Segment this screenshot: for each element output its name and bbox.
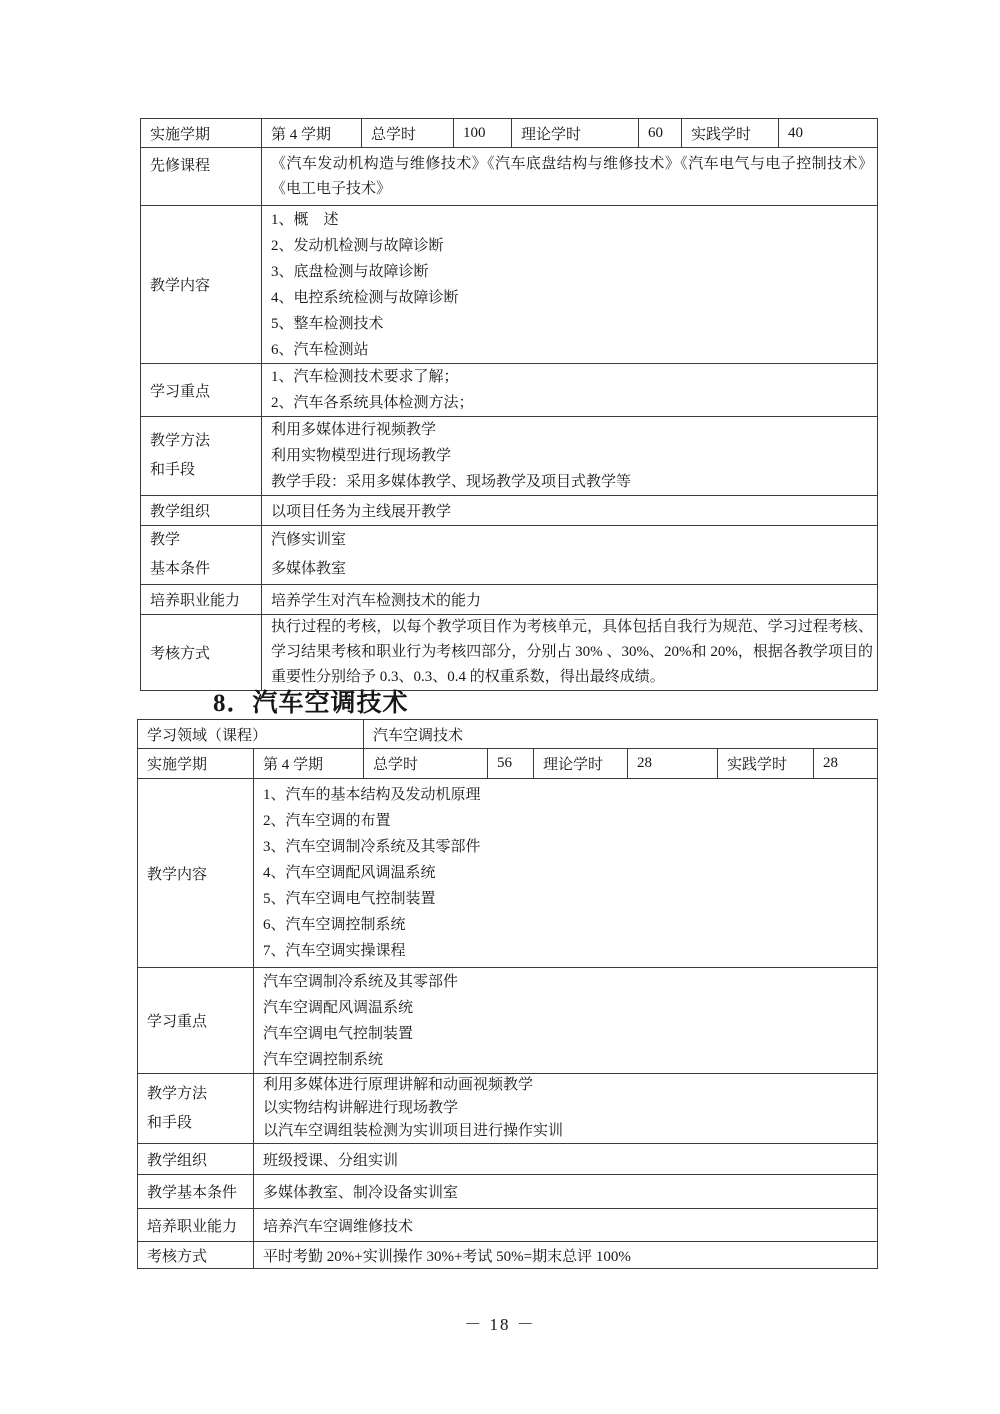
page-number: － 18 － <box>0 1310 1000 1335</box>
table-row-teaching-content: 教学内容 1、概 述 2、发动机检测与故障诊断 3、底盘检测与故障诊断 4、电控… <box>141 206 878 364</box>
teaching-methods-label-line: 教学方法 <box>150 427 257 456</box>
learning-focus-label-cell: 学习重点 <box>138 968 254 1074</box>
table-row-learning-domain: 学习领域（课程） 汽车空调技术 <box>138 720 878 749</box>
table-row-basic-conditions: 教学 基本条件 汽修实训室 多媒体教室 <box>141 526 878 585</box>
semester-value-cell: 第 4 学期 <box>262 119 362 148</box>
teaching-methods-item: 利用多媒体进行视频教学 <box>271 417 873 443</box>
teaching-methods-item: 利用多媒体进行原理讲解和动画视频教学 <box>263 1074 873 1097</box>
table-row-prerequisites: 先修课程 《汽车发动机构造与维修技术》《汽车底盘结构与维修技术》《汽车电气与电子… <box>141 148 878 206</box>
table-row-teaching-organization: 教学组织 班级授课、分组实训 <box>138 1144 878 1175</box>
teaching-content-item: 2、发动机检测与故障诊断 <box>271 233 873 259</box>
teaching-methods-cell: 利用多媒体进行视频教学 利用实物模型进行现场教学 教学手段：采用多媒体教学、现场… <box>262 417 878 496</box>
assessment-label-cell: 考核方式 <box>141 615 262 691</box>
learning-focus-item: 2、汽车各系统具体检测方法； <box>271 390 873 416</box>
assessment-label-cell: 考核方式 <box>138 1242 254 1269</box>
theory-hours-value-cell: 28 <box>628 749 718 779</box>
practice-hours-value-cell: 40 <box>779 119 878 148</box>
learning-focus-label-cell: 学习重点 <box>141 364 262 417</box>
teaching-content-item: 6、汽车检测站 <box>271 337 873 363</box>
theory-hours-label-cell: 理论学时 <box>512 119 639 148</box>
basic-conditions-label-cell: 教学基本条件 <box>138 1175 254 1209</box>
table-row-assessment: 考核方式 执行过程的考核，以每个教学项目作为考核单元，具体包括自我行为规范、学习… <box>141 615 878 691</box>
practice-hours-value-cell: 28 <box>814 749 878 779</box>
learning-focus-item: 汽车空调制冷系统及其零部件 <box>263 969 873 995</box>
section-heading: 8．汽车空调技术 <box>213 683 409 719</box>
prerequisites-content-cell: 《汽车发动机构造与维修技术》《汽车底盘结构与维修技术》《汽车电气与电子控制技术》… <box>262 148 878 206</box>
teaching-content-item: 3、底盘检测与故障诊断 <box>271 259 873 285</box>
teaching-methods-label-line: 和手段 <box>147 1109 249 1138</box>
teaching-content-item: 1、概 述 <box>271 207 873 233</box>
teaching-content-cell: 1、概 述 2、发动机检测与故障诊断 3、底盘检测与故障诊断 4、电控系统检测与… <box>262 206 878 364</box>
teaching-content-item: 1、汽车的基本结构及发动机原理 <box>263 782 873 808</box>
teaching-methods-item: 以实物结构讲解进行现场教学 <box>263 1097 873 1120</box>
course8-table: 学习领域（课程） 汽车空调技术 实施学期 第 4 学期 总学时 56 理论学时 … <box>137 719 878 1269</box>
teaching-content-item: 4、汽车空调配风调温系统 <box>263 860 873 886</box>
total-hours-label-cell: 总学时 <box>364 749 488 779</box>
teaching-content-item: 6、汽车空调控制系统 <box>263 912 873 938</box>
learning-domain-label-cell: 学习领域（课程） <box>138 720 364 749</box>
teaching-organization-cell: 班级授课、分组实训 <box>254 1144 878 1175</box>
vocational-ability-label-cell: 培养职业能力 <box>138 1209 254 1242</box>
learning-focus-item: 汽车空调配风调温系统 <box>263 995 873 1021</box>
teaching-methods-item: 教学手段：采用多媒体教学、现场教学及项目式教学等 <box>271 469 873 495</box>
teaching-content-item: 5、汽车空调电气控制装置 <box>263 886 873 912</box>
teaching-organization-label-cell: 教学组织 <box>138 1144 254 1175</box>
teaching-organization-cell: 以项目任务为主线展开教学 <box>262 496 878 526</box>
vocational-ability-label-cell: 培养职业能力 <box>141 585 262 615</box>
basic-conditions-label-line: 教学 <box>150 526 257 555</box>
table-row-learning-focus: 学习重点 汽车空调制冷系统及其零部件 汽车空调配风调温系统 汽车空调电气控制装置… <box>138 968 878 1074</box>
total-hours-value-cell: 100 <box>454 119 512 148</box>
teaching-content-item: 3、汽车空调制冷系统及其零部件 <box>263 834 873 860</box>
assessment-cell: 平时考勤 20%+实训操作 30%+考试 50%=期末总评 100% <box>254 1242 878 1269</box>
teaching-methods-item: 以汽车空调组装检测为实训项目进行操作实训 <box>263 1120 873 1143</box>
learning-focus-item: 1、汽车检测技术要求了解； <box>271 364 873 390</box>
basic-conditions-cell: 多媒体教室、制冷设备实训室 <box>254 1175 878 1209</box>
course7-table: 实施学期 第 4 学期 总学时 100 理论学时 60 实践学时 40 先修课程… <box>140 118 878 691</box>
assessment-text: 执行过程的考核，以每个教学项目作为考核单元，具体包括自我行为规范、学习过程考核、… <box>271 615 873 690</box>
basic-conditions-item: 多媒体教室 <box>271 555 873 584</box>
teaching-methods-label-line: 和手段 <box>150 456 257 485</box>
table-row-teaching-content: 教学内容 1、汽车的基本结构及发动机原理 2、汽车空调的布置 3、汽车空调制冷系… <box>138 779 878 968</box>
teaching-methods-item: 利用实物模型进行现场教学 <box>271 443 873 469</box>
table-row-semester: 实施学期 第 4 学期 总学时 100 理论学时 60 实践学时 40 <box>141 119 878 148</box>
table-row-semester: 实施学期 第 4 学期 总学时 56 理论学时 28 实践学时 28 <box>138 749 878 779</box>
vocational-ability-cell: 培养汽车空调维修技术 <box>254 1209 878 1242</box>
table-row-vocational-ability: 培养职业能力 培养学生对汽车检测技术的能力 <box>141 585 878 615</box>
teaching-methods-label-cell: 教学方法 和手段 <box>141 417 262 496</box>
basic-conditions-item: 汽修实训室 <box>271 526 873 555</box>
semester-label-cell: 实施学期 <box>141 119 262 148</box>
basic-conditions-label-cell: 教学 基本条件 <box>141 526 262 585</box>
table-row-teaching-methods: 教学方法 和手段 利用多媒体进行视频教学 利用实物模型进行现场教学 教学手段：采… <box>141 417 878 496</box>
teaching-methods-label-line: 教学方法 <box>147 1080 249 1109</box>
table-row-vocational-ability: 培养职业能力 培养汽车空调维修技术 <box>138 1209 878 1242</box>
learning-focus-item: 汽车空调电气控制装置 <box>263 1021 873 1047</box>
document-page: 实施学期 第 4 学期 总学时 100 理论学时 60 实践学时 40 先修课程… <box>0 0 1000 1414</box>
table-row-teaching-organization: 教学组织 以项目任务为主线展开教学 <box>141 496 878 526</box>
table-row-learning-focus: 学习重点 1、汽车检测技术要求了解； 2、汽车各系统具体检测方法； <box>141 364 878 417</box>
basic-conditions-cell: 汽修实训室 多媒体教室 <box>262 526 878 585</box>
vocational-ability-cell: 培养学生对汽车检测技术的能力 <box>262 585 878 615</box>
teaching-content-item: 5、整车检测技术 <box>271 311 873 337</box>
table-row-teaching-methods: 教学方法 和手段 利用多媒体进行原理讲解和动画视频教学 以实物结构讲解进行现场教… <box>138 1074 878 1144</box>
teaching-content-label-cell: 教学内容 <box>141 206 262 364</box>
learning-domain-value-cell: 汽车空调技术 <box>364 720 878 749</box>
learning-focus-cell: 1、汽车检测技术要求了解； 2、汽车各系统具体检测方法； <box>262 364 878 417</box>
theory-hours-label-cell: 理论学时 <box>534 749 628 779</box>
table-row-basic-conditions: 教学基本条件 多媒体教室、制冷设备实训室 <box>138 1175 878 1209</box>
learning-focus-cell: 汽车空调制冷系统及其零部件 汽车空调配风调温系统 汽车空调电气控制装置 汽车空调… <box>254 968 878 1074</box>
prerequisites-text: 《汽车发动机构造与维修技术》《汽车底盘结构与维修技术》《汽车电气与电子控制技术》… <box>271 152 873 202</box>
practice-hours-label-cell: 实践学时 <box>682 119 779 148</box>
teaching-methods-label-cell: 教学方法 和手段 <box>138 1074 254 1144</box>
teaching-methods-cell: 利用多媒体进行原理讲解和动画视频教学 以实物结构讲解进行现场教学 以汽车空调组装… <box>254 1074 878 1144</box>
teaching-content-item: 2、汽车空调的布置 <box>263 808 873 834</box>
teaching-organization-label-cell: 教学组织 <box>141 496 262 526</box>
teaching-content-cell: 1、汽车的基本结构及发动机原理 2、汽车空调的布置 3、汽车空调制冷系统及其零部… <box>254 779 878 968</box>
teaching-content-item: 4、电控系统检测与故障诊断 <box>271 285 873 311</box>
basic-conditions-label-line: 基本条件 <box>150 555 257 584</box>
semester-label-cell: 实施学期 <box>138 749 254 779</box>
prerequisites-label-cell: 先修课程 <box>141 148 262 206</box>
teaching-content-label-cell: 教学内容 <box>138 779 254 968</box>
teaching-content-item: 7、汽车空调实操课程 <box>263 938 873 964</box>
total-hours-label-cell: 总学时 <box>362 119 454 148</box>
semester-value-cell: 第 4 学期 <box>254 749 364 779</box>
theory-hours-value-cell: 60 <box>639 119 682 148</box>
table-row-assessment: 考核方式 平时考勤 20%+实训操作 30%+考试 50%=期末总评 100% <box>138 1242 878 1269</box>
total-hours-value-cell: 56 <box>488 749 534 779</box>
assessment-cell: 执行过程的考核，以每个教学项目作为考核单元，具体包括自我行为规范、学习过程考核、… <box>262 615 878 691</box>
learning-focus-item: 汽车空调控制系统 <box>263 1047 873 1073</box>
practice-hours-label-cell: 实践学时 <box>718 749 814 779</box>
